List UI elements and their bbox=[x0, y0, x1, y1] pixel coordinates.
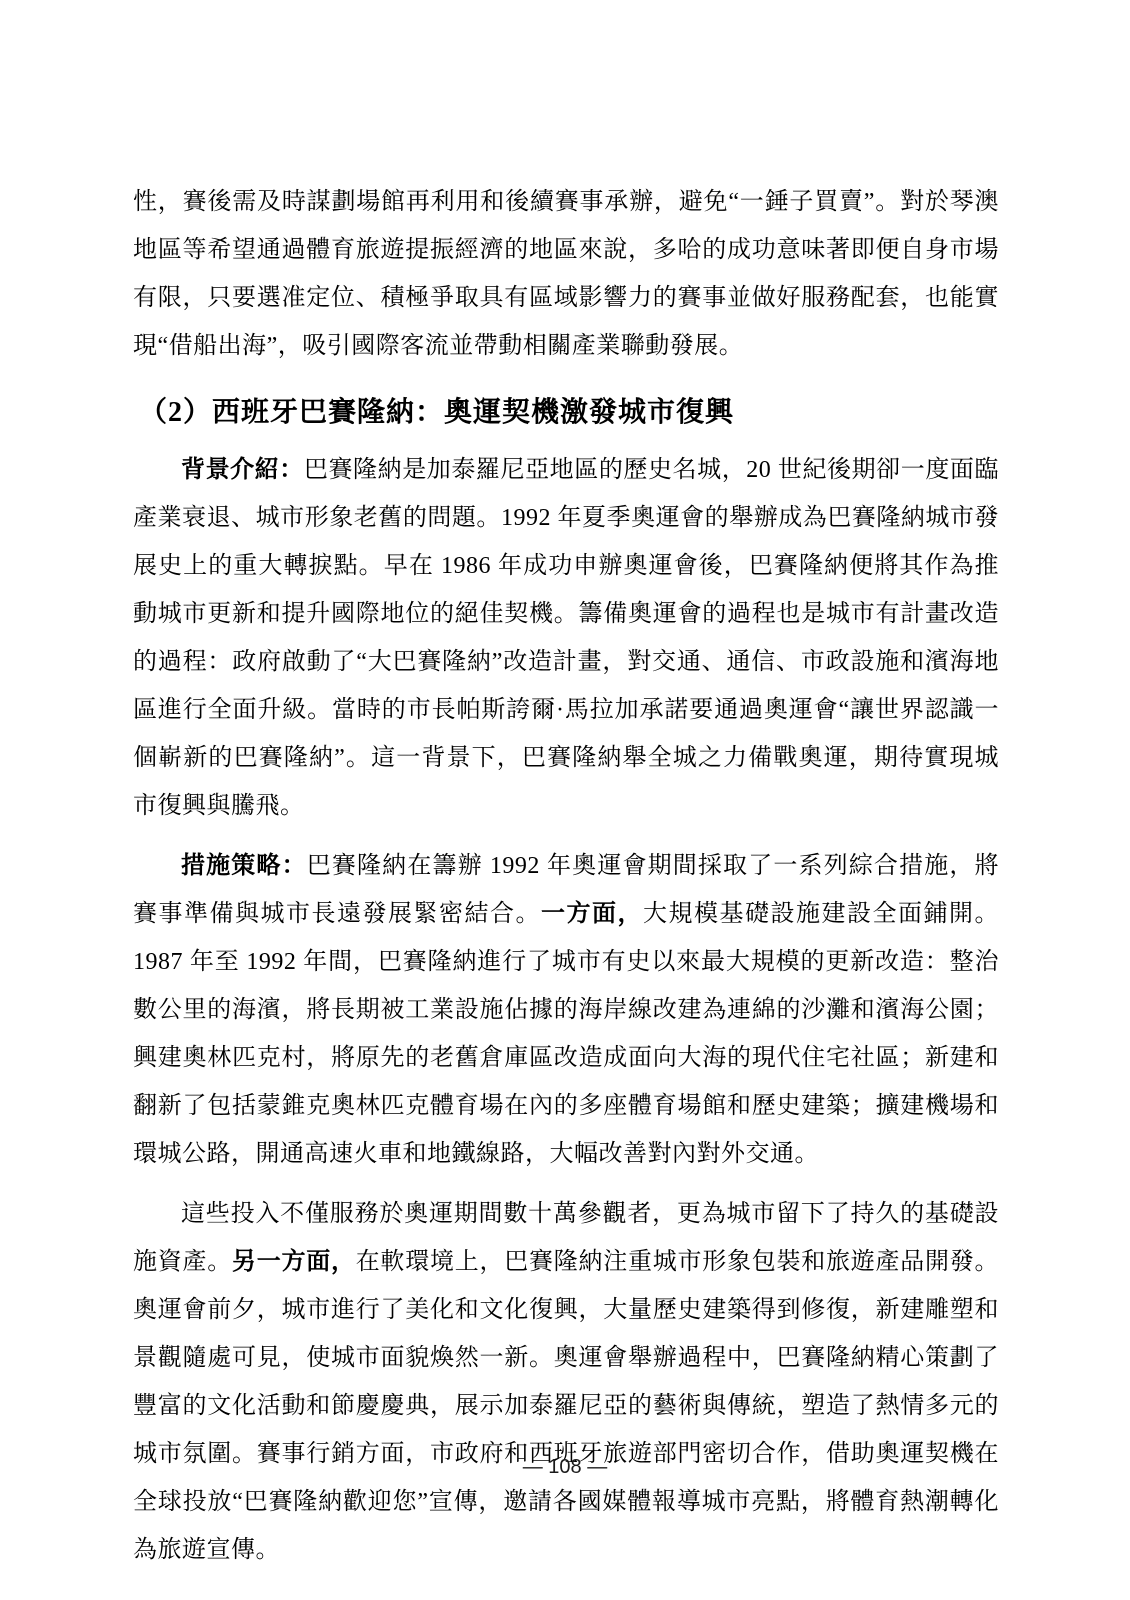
background-paragraph: 背景介紹：巴賽隆納是加泰羅尼亞地區的歷史名城，20 世紀後期卻一度面臨產業衰退、… bbox=[133, 446, 999, 830]
intro-paragraph-text: 性，賽後需及時謀劃場館再利用和後續賽事承辦，避免“一錘子買賣”。對於琴澳地區等希… bbox=[133, 189, 999, 359]
background-text: 巴賽隆納是加泰羅尼亞地區的歷史名城，20 世紀後期卻一度面臨產業衰退、城市形象老… bbox=[133, 457, 999, 819]
legacy-text-after: 在軟環境上，巴賽隆納注重城市形象包裝和旅遊產品開發。奧運會前夕，城市進行了美化和… bbox=[133, 1249, 999, 1563]
page-number: — 108 — bbox=[0, 1456, 1130, 1479]
measures-label: 措施策略： bbox=[181, 853, 307, 879]
measures-text-after: 大規模基礎設施建設全面鋪開。1987 年至 1992 年間，巴賽隆納進行了城市有… bbox=[133, 901, 999, 1167]
legacy-paragraph: 這些投入不僅服務於奧運期間數十萬參觀者，更為城市留下了持久的基礎設施資產。另一方… bbox=[133, 1190, 999, 1574]
section-heading: （2）西班牙巴賽隆納：奧運契機激發城市復興 bbox=[139, 392, 999, 434]
background-label: 背景介紹： bbox=[181, 457, 304, 483]
document-page: 性，賽後需及時謀劃場館再利用和後續賽事承辦，避免“一錘子買賣”。對於琴澳地區等希… bbox=[0, 0, 1130, 1600]
measures-bold-phrase: 一方面， bbox=[541, 901, 643, 927]
intro-paragraph: 性，賽後需及時謀劃場館再利用和後續賽事承辦，避免“一錘子買賣”。對於琴澳地區等希… bbox=[133, 178, 999, 370]
legacy-bold-phrase: 另一方面， bbox=[232, 1249, 356, 1275]
page-content: 性，賽後需及時謀劃場館再利用和後續賽事承辦，避免“一錘子買賣”。對於琴澳地區等希… bbox=[133, 178, 999, 1574]
measures-paragraph: 措施策略：巴賽隆納在籌辦 1992 年奧運會期間採取了一系列綜合措施，將賽事準備… bbox=[133, 842, 999, 1178]
